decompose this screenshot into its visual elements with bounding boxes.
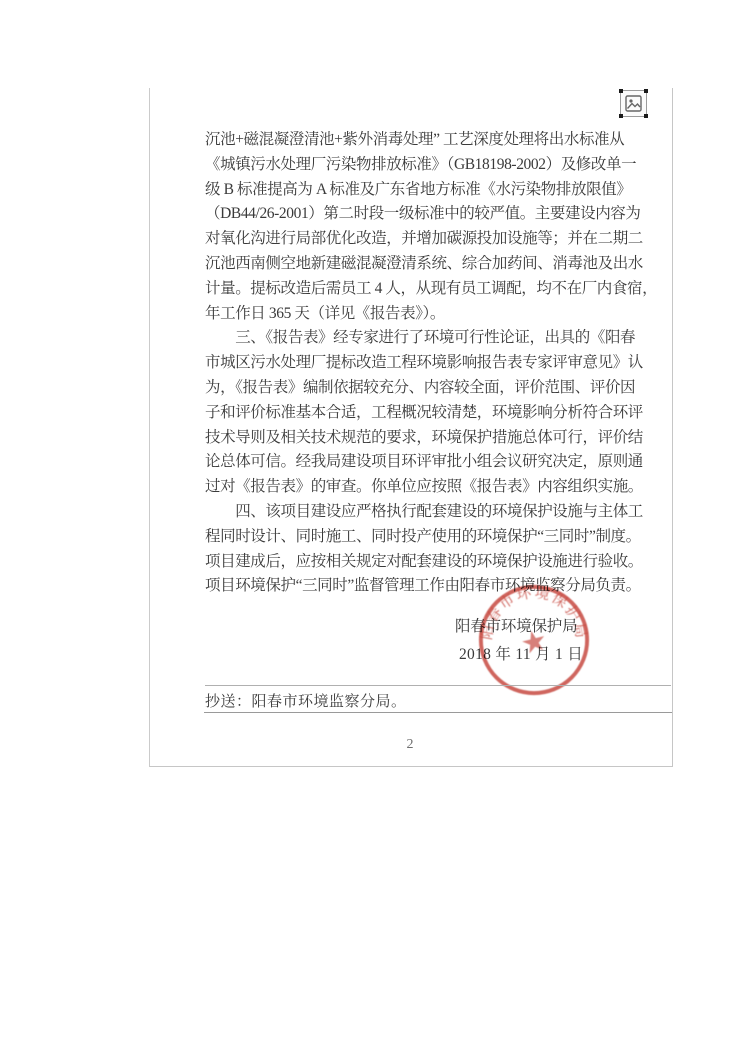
body-line: 对氧化沟进行局部优化改造，并增加碳源投加设施等；并在二期二 [205, 227, 617, 252]
body-line: 市城区污水处理厂提标改造工程环境影响报告表专家评审意见》认 [205, 351, 617, 376]
body-line: 子和评价标准基本合适，工程概况较清楚，环境影响分析符合环评 [205, 401, 617, 426]
body-line: 《城镇污水处理厂污染物排放标准》（GB18198-2002）及修改单一 [205, 153, 617, 178]
body-line: 四、该项目建设应严格执行配套建设的环境保护设施与主体工 [205, 500, 617, 525]
body-line: 论总体可信。经我局建设项目环评审批小组会议研究决定，原则通 [205, 450, 617, 475]
selection-handle[interactable] [619, 114, 623, 118]
body-line: 程同时设计、同时施工、同时投产使用的环境保护“三同时”制度。 [205, 525, 617, 550]
body-line: 项目建成后，应按相关规定对配套建设的环境保护设施进行验收。 [205, 550, 617, 575]
official-seal: 阳春市环境保护局 ★ [475, 581, 593, 699]
image-placeholder[interactable] [620, 90, 647, 117]
cc-org: 阳春市环境监察分局。 [252, 694, 407, 710]
body-line: 沉池西南侧空地新建磁混凝澄清系统、综合加药间、消毒池及出水 [205, 252, 617, 277]
cc-divider-top [205, 685, 671, 686]
body-line: 技术导则及相关技术规范的要求，环境保护措施总体可行，评价结 [205, 426, 617, 451]
body-line: 过对《报告表》的审查。你单位应按照《报告表》内容组织实施。 [205, 475, 617, 500]
cc-line: 抄送：阳春市环境监察分局。 [205, 690, 407, 711]
body-line: 计量。提标改造后需员工 4 人，从现有员工调配，均不在厂内食宿， [205, 277, 617, 302]
body-line: 级 B 标准提高为 A 标准及广东省地方标准《水污染物排放限值》 [205, 178, 617, 203]
scanned-document-page: 沉池+磁混凝澄清池+紫外消毒处理” 工艺深度处理将出水标准从 《城镇污水处理厂污… [0, 0, 743, 1051]
selection-handle[interactable] [619, 89, 623, 93]
seal-star-icon: ★ [517, 624, 550, 661]
selection-handle[interactable] [644, 114, 648, 118]
document-body: 沉池+磁混凝澄清池+紫外消毒处理” 工艺深度处理将出水标准从 《城镇污水处理厂污… [205, 128, 617, 599]
body-line: 为，《报告表》编制依据较充分、内容较全面，评价范围、评价因 [205, 376, 617, 401]
cc-label: 抄送： [205, 694, 252, 710]
page-number: 2 [149, 737, 671, 753]
broken-image-icon [625, 95, 642, 112]
body-line: 三、《报告表》经专家进行了环境可行性论证，出具的《阳春 [205, 326, 617, 351]
body-line: （DB44/26-2001）第二时段一级标准中的较严值。主要建设内容为 [205, 202, 617, 227]
body-line: 年工作日 365 天（详见《报告表》）。 [205, 302, 617, 327]
cc-divider-bottom [204, 712, 672, 713]
body-line: 沉池+磁混凝澄清池+紫外消毒处理” 工艺深度处理将出水标准从 [205, 128, 617, 153]
selection-handle[interactable] [644, 89, 648, 93]
